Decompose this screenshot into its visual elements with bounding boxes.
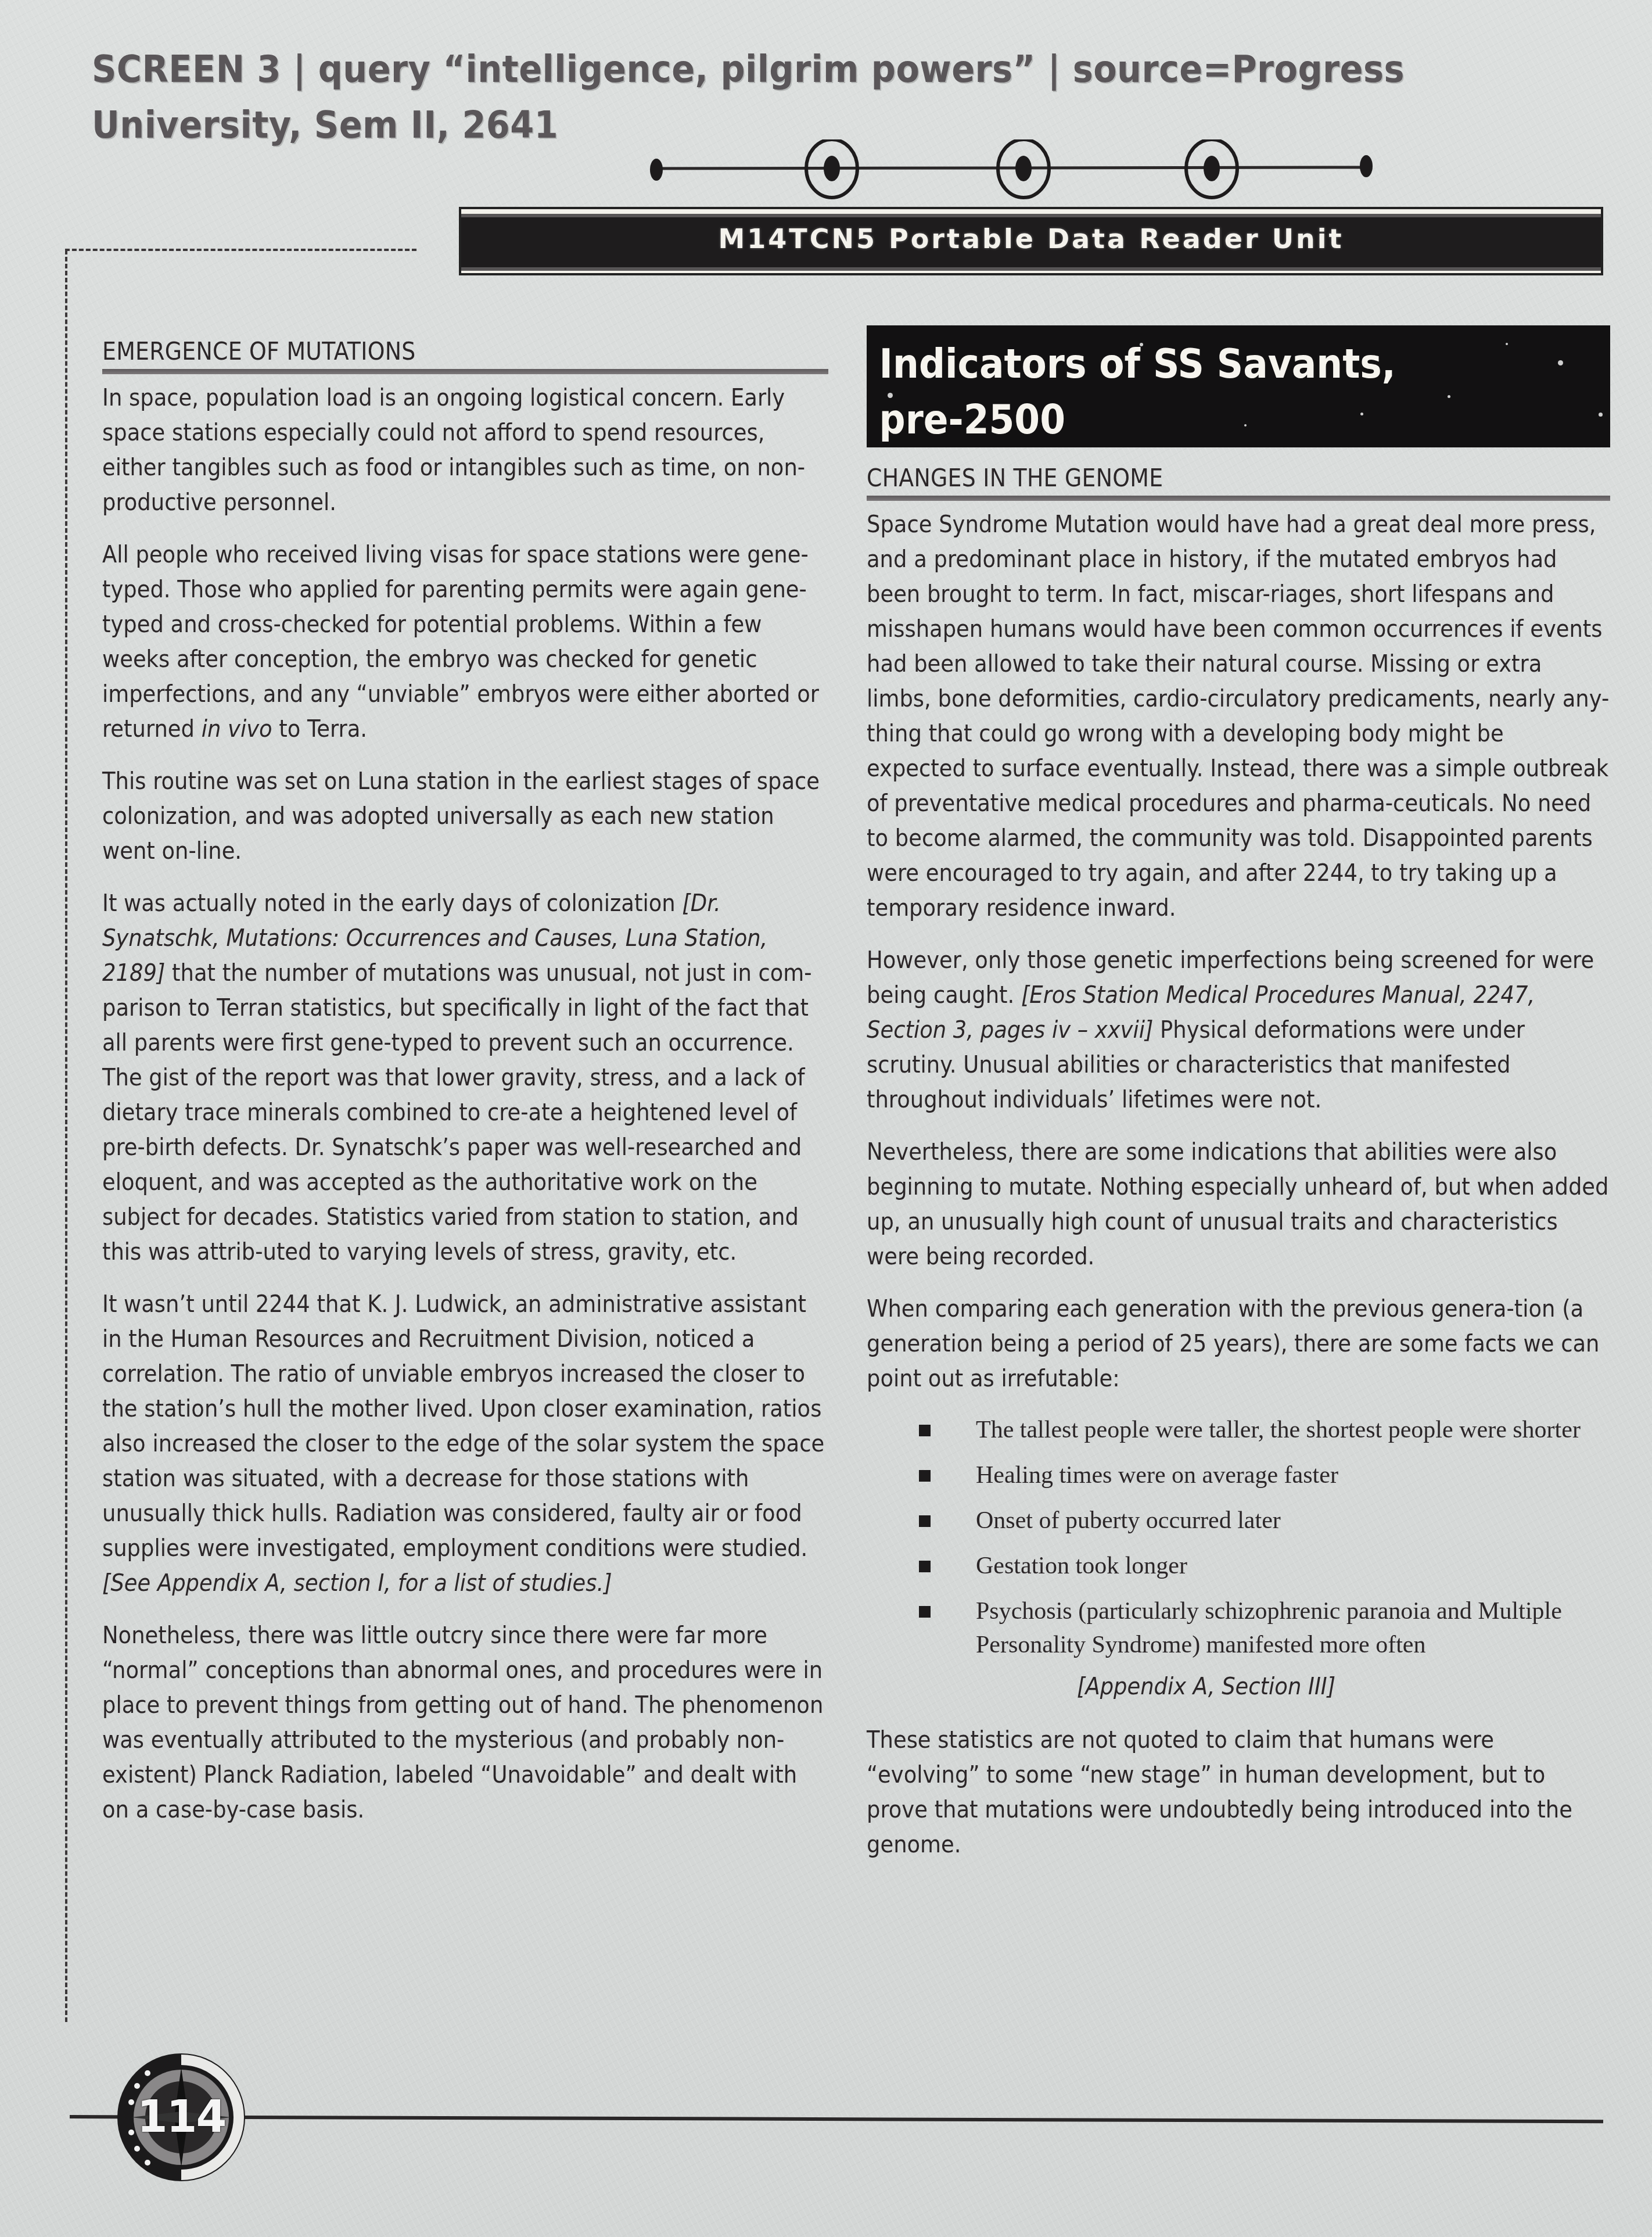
bullet-item: Psychosis (particularly schizophrenic pa…: [919, 1594, 1610, 1662]
body-paragraph: Space Syndrome Mutation would have had a…: [867, 507, 1610, 925]
right-column: Indicators of SS Savants, pre-2500 CHANG…: [867, 325, 1610, 1879]
section-heading-genome: CHANGES IN THE GENOME: [867, 464, 1536, 496]
page-badge: 114: [114, 2050, 249, 2185]
section-heading-emergence: EMERGENCE OF MUTATIONS: [102, 337, 756, 369]
body-paragraph: It was actually noted in the early days …: [102, 886, 828, 1269]
body-paragraph: Nevertheless, there are some indications…: [867, 1134, 1610, 1274]
facts-bullet-list: The tallest people were taller, the shor…: [867, 1413, 1610, 1662]
screen-title-line-1: SCREEN 3 | query “intelligence, pilgrim …: [92, 42, 1428, 98]
body-paragraph: Nonetheless, there was little outcry sin…: [102, 1618, 828, 1827]
body-paragraph: However, only those genetic imperfection…: [867, 942, 1610, 1117]
square-bullet-icon: [919, 1515, 931, 1527]
heading-rule: [867, 496, 1610, 501]
bullet-item: Onset of puberty occurred later: [919, 1504, 1610, 1537]
left-column: EMERGENCE OF MUTATIONS In space, populat…: [102, 337, 828, 1844]
bullet-item: Gestation took longer: [919, 1549, 1610, 1583]
bullet-citation: [Appendix A, Section III]: [1077, 1669, 1557, 1704]
square-bullet-icon: [919, 1470, 931, 1482]
page-number: 114: [114, 2091, 249, 2142]
sidebar-title-line-1: Indicators of SS Savants,: [879, 336, 1536, 392]
square-bullet-icon: [919, 1606, 931, 1618]
body-paragraph: This routine was set on Luna station in …: [102, 763, 828, 868]
body-paragraph: All people who received living visas for…: [102, 537, 828, 746]
sidebar-title: Indicators of SS Savants, pre-2500: [867, 325, 1536, 447]
body-paragraph: It wasn’t until 2244 that K. J. Ludwick,…: [102, 1286, 828, 1600]
end-dot-icon: [650, 159, 663, 181]
device-banner: M14TCN5 Portable Data Reader Unit: [459, 207, 1603, 275]
body-paragraph: When comparing each generation with the …: [867, 1291, 1610, 1396]
device-banner-label: M14TCN5 Portable Data Reader Unit: [461, 223, 1601, 254]
closing-paragraph: These statistics are not quoted to claim…: [867, 1722, 1610, 1862]
dashed-frame-top: [65, 249, 416, 251]
bullet-item: Healing times were on average faster: [919, 1458, 1610, 1492]
footer-rule: [70, 2115, 1603, 2123]
sidebar-title-line-2: pre-2500: [879, 392, 1536, 447]
screen-title: SCREEN 3 | query “intelligence, pilgrim …: [92, 42, 1428, 153]
body-paragraph: In space, population load is an ongoing …: [102, 380, 828, 519]
bullet-item: The tallest people were taller, the shor…: [919, 1413, 1610, 1447]
star-decoration: [1558, 360, 1563, 365]
end-dot-icon: [1360, 155, 1373, 177]
star-decoration: [1599, 413, 1603, 417]
heading-rule: [102, 369, 828, 374]
sidebar-title-box: Indicators of SS Savants, pre-2500: [867, 325, 1610, 447]
node-connector-decoration: [645, 139, 1388, 203]
square-bullet-icon: [919, 1561, 931, 1572]
dashed-frame-left: [65, 250, 67, 2022]
square-bullet-icon: [919, 1425, 931, 1436]
